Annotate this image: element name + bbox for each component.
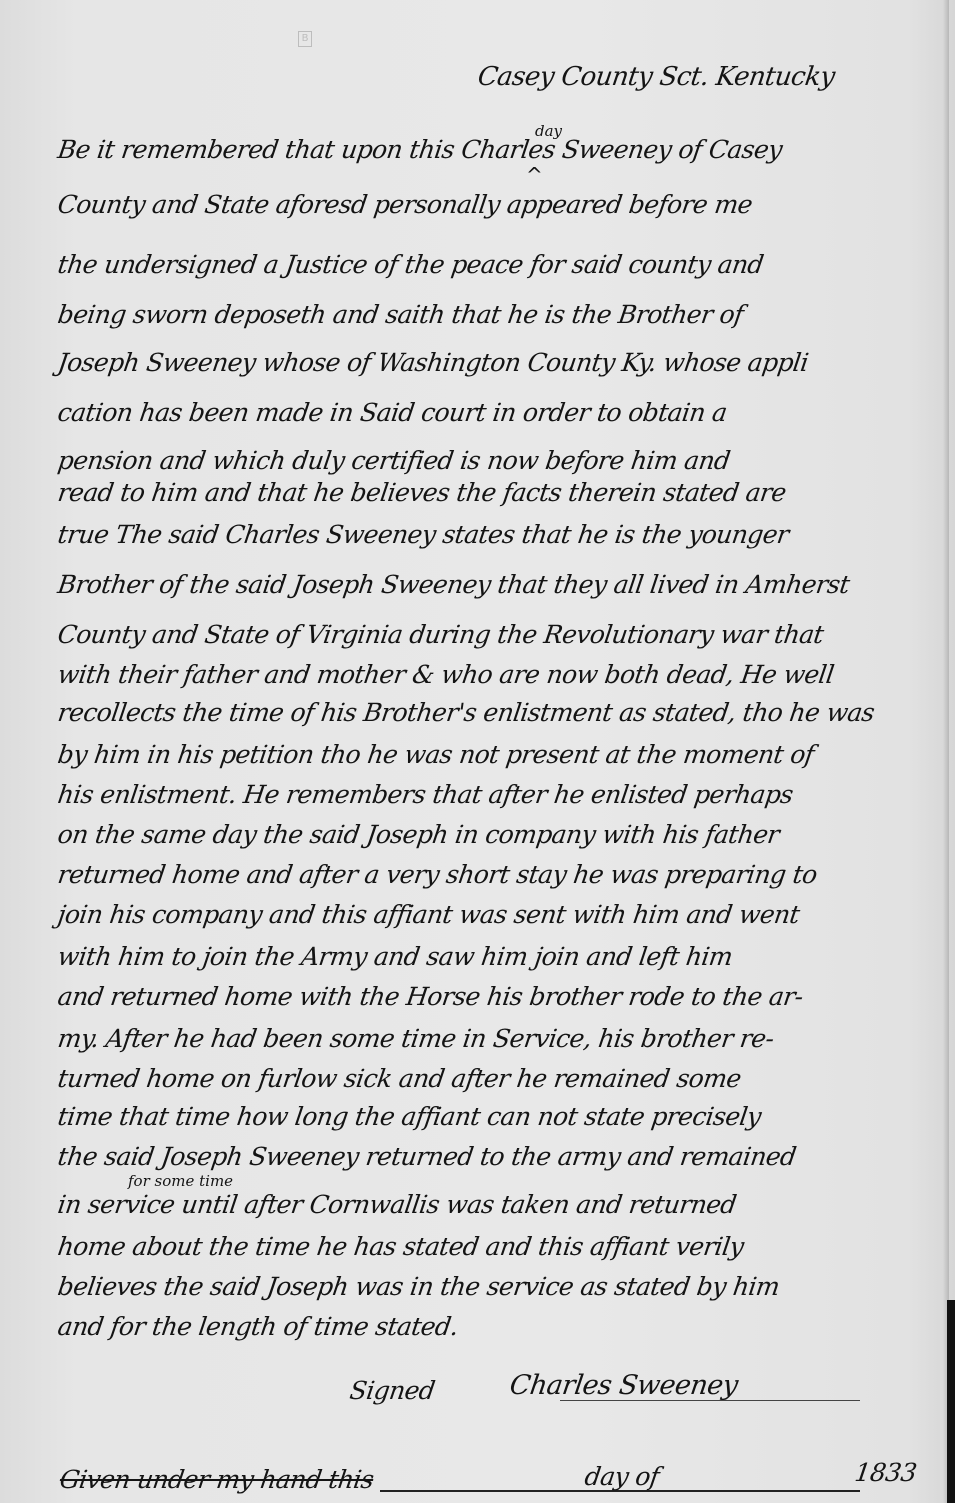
text-line-2: County and State aforesd personally appe… <box>56 190 754 219</box>
text-line-1: Be it remembered that upon this Charles … <box>56 135 784 164</box>
text-line-16: on the same day the said Joseph in compa… <box>56 820 781 849</box>
text-line-24: the said Joseph Sweeney returned to the … <box>56 1142 798 1171</box>
text-line-6: cation has been made in Said court in or… <box>56 398 729 427</box>
footer-struck-text: Given under my hand this <box>58 1465 375 1494</box>
page-edge-shadow <box>943 0 949 1503</box>
text-line-17: returned home and after a very short sta… <box>56 860 819 889</box>
text-line-12: with their father and mother & who are n… <box>56 660 836 689</box>
text-line-18: join his company and this affiant was se… <box>56 900 801 929</box>
document-heading: Casey County Sct. Kentucky <box>476 62 837 92</box>
text-line-15: his enlistment. He remembers that after … <box>56 780 795 809</box>
text-line-28: and for the length of time stated. <box>56 1312 460 1341</box>
text-line-8: read to him and that he believes the fac… <box>56 478 788 507</box>
text-line-10: Brother of the said Joseph Sweeney that … <box>56 570 851 599</box>
signature-underline <box>560 1400 860 1401</box>
signature-label: Signed <box>348 1376 437 1405</box>
text-line-14: by him in his petition tho he was not pr… <box>56 740 816 769</box>
signature-name: Charles Sweeney <box>508 1370 740 1401</box>
text-line-26: home about the time he has stated and th… <box>56 1232 745 1261</box>
text-line-4: being sworn deposeth and saith that he i… <box>56 300 745 329</box>
insertion-caret: ^ <box>526 163 543 187</box>
interlineation-for-some-time: for some time <box>128 1172 233 1190</box>
page-edge-dark <box>947 1300 955 1503</box>
text-line-11: County and State of Virginia during the … <box>56 620 825 649</box>
text-line-20: and returned home with the Horse his bro… <box>56 982 805 1011</box>
footer-day-of: day of <box>583 1462 661 1491</box>
footer-year: 1833 <box>853 1458 918 1487</box>
text-line-19: with him to join the Army and saw him jo… <box>56 942 734 971</box>
text-line-22: turned home on furlow sick and after he … <box>56 1064 743 1093</box>
text-line-7: pension and which duly certified is now … <box>56 446 732 475</box>
text-line-21: my. After he had been some time in Servi… <box>56 1024 776 1053</box>
text-line-27: believes the said Joseph was in the serv… <box>56 1272 781 1301</box>
text-line-23: time that time how long the affiant can … <box>56 1102 763 1131</box>
text-line-25: in service until after Cornwallis was ta… <box>56 1190 738 1219</box>
text-line-13: recollects the time of his Brother's enl… <box>56 698 876 727</box>
document-page: B Casey County Sct. Kentucky day ^ Be it… <box>0 0 955 1503</box>
text-line-3: the undersigned a Justice of the peace f… <box>56 250 765 279</box>
text-line-9: true The said Charles Sweeney states tha… <box>56 520 791 549</box>
text-line-5: Joseph Sweeney whose of Washington Count… <box>56 348 810 377</box>
archive-stamp: B <box>298 31 312 47</box>
